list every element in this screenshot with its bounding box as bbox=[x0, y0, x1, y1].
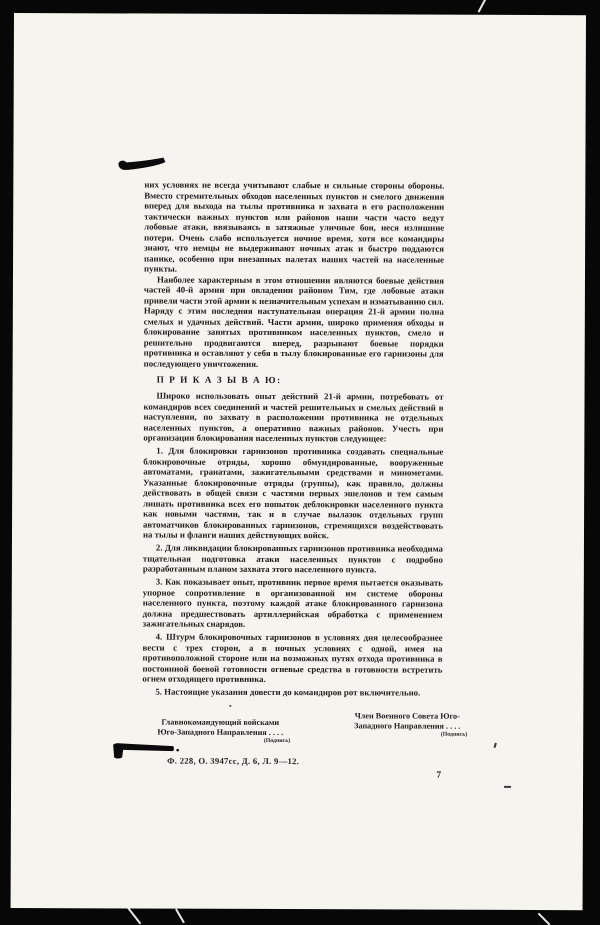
order-item: 2. Для ликвидации блокированных гарнизон… bbox=[143, 542, 443, 575]
order-item: 5. Настоящие указания довести до команди… bbox=[142, 686, 442, 698]
ink-speck bbox=[494, 743, 497, 748]
order-item: 4. Штурм блокировочных гарнизонов в усло… bbox=[142, 631, 442, 685]
paragraph: Наиболее характерным в этом отношении яв… bbox=[144, 274, 444, 370]
archive-reference: Ф. 228, О. 3947сс, Д. 6, Л. 9—12. bbox=[142, 755, 442, 767]
signature-left: Главнокомандующий войсками Юго-Западного… bbox=[142, 710, 298, 744]
paragraph: них условиях не всегда учитывают слабые … bbox=[144, 180, 444, 276]
signature-right: Член Военного Совета Юго- Западного Напр… bbox=[339, 711, 475, 745]
body-text: них условиях не всегда учитывают слабые … bbox=[142, 180, 444, 782]
order-item: 1. Для блокировки гарнизонов противника … bbox=[143, 445, 443, 541]
ink-mark-top bbox=[117, 156, 167, 172]
ink-speck bbox=[229, 705, 231, 707]
scanned-document-screen: { "colors": { "background": "#070707", "… bbox=[0, 0, 600, 925]
ink-mark-bottom bbox=[111, 742, 181, 762]
page-number: 7 bbox=[142, 769, 442, 781]
paragraph: Широко использовать опыт действий 21-й а… bbox=[143, 391, 443, 445]
scratch-mark bbox=[127, 907, 142, 925]
scratch-mark bbox=[538, 913, 551, 925]
signature-right-line: Западного Направления . . . . bbox=[339, 721, 475, 732]
order-item: 3. Как показывает опыт, противник первое… bbox=[143, 576, 443, 630]
ink-speck bbox=[504, 786, 511, 788]
order-heading: П Р И К А З Ы В А Ю: bbox=[144, 376, 444, 388]
scratch-mark bbox=[478, 0, 487, 13]
scratch-mark bbox=[175, 909, 184, 924]
signature-block: Главнокомандующий войсками Юго-Западного… bbox=[142, 710, 475, 744]
signature-left-line: Юго-Западного Направления . . . . bbox=[142, 727, 298, 738]
signature-right-title: Член Военного Совета Юго- bbox=[339, 711, 475, 722]
signature-left-title: Главнокомандующий войсками bbox=[142, 717, 298, 728]
scan-page: них условиях не всегда учитывают слабые … bbox=[11, 13, 586, 910]
signature-right-note: (Подпись) bbox=[339, 731, 475, 738]
